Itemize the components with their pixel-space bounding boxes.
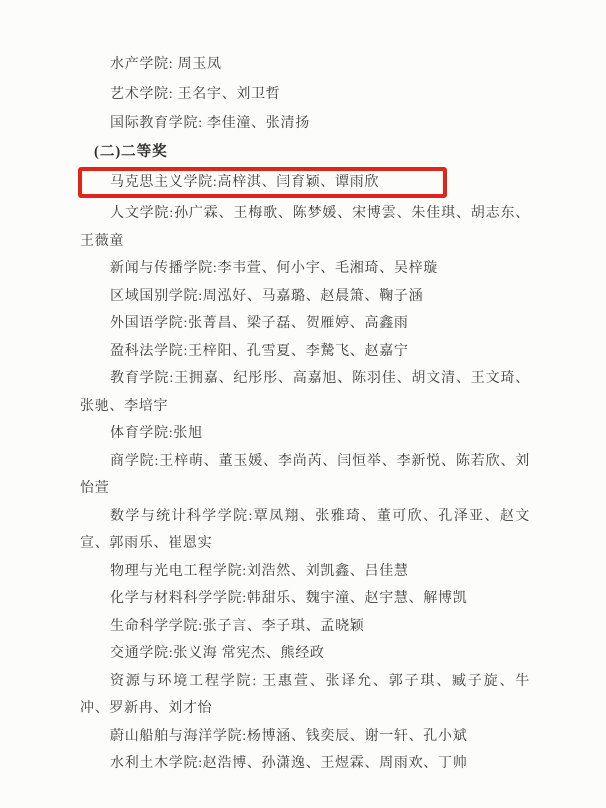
award-line: 艺术学院: 王名宇、刘卫哲: [80, 80, 530, 110]
award-line: 数学与统计科学学院:覃凤翔、张雅琦、董可欣、孔泽亚、赵文宣、郭雨乐、崔恩实: [80, 503, 530, 558]
award-line: 人文学院:孙广霖、王梅歌、陈梦媛、宋博雲、朱佳琪、胡志东、王薇童: [80, 200, 530, 255]
award-line: 资源与环境工程学院: 王惠萱、张译允、郭子琪、臧子旋、牛冲、罗新冉、刘才怡: [80, 668, 530, 723]
award-line: 蔚山船舶与海洋学院:杨博涵、钱奕辰、谢一轩、孔小斌: [80, 723, 530, 751]
award-line: 商学院:王梓萌、董玉媛、李尚芮、闫恒举、李新悦、陈若欣、刘怡萱: [80, 448, 530, 503]
award-line: 区域国别学院:周泓好、马嘉璐、赵晨箫、鞠子涵: [80, 283, 530, 311]
award-line: 水利土木学院:赵浩博、孙潇逸、王煜霖、周雨欢、丁帅: [80, 750, 530, 778]
award-list-top: 水产学院: 周玉凤 艺术学院: 王名宇、刘卫哲 国际教育学院: 李佳潼、张清扬: [80, 50, 530, 139]
award-line: 新闻与传播学院:李韦萱、何小宇、毛湘琦、吴梓璇: [80, 255, 530, 283]
award-line: 盈科法学院:王梓阳、孔雪夏、李騺飞、赵嘉宁: [80, 338, 530, 366]
award-line: 外国语学院:张菁昌、梁子磊、贺雁婷、高鑫雨: [80, 310, 530, 338]
award-line: 物理与光电工程学院:刘浩然、刘凯鑫、吕佳慧: [80, 558, 530, 586]
award-line: 水产学院: 周玉凤: [80, 50, 530, 80]
award-line: 化学与材料科学学院:韩甜乐、魏宇潼、赵宇慧、解博凯: [80, 585, 530, 613]
section-heading-second-prize: (二)二等奖: [80, 139, 530, 165]
award-line: 生命科学学院:张子言、李子琪、孟晓颖: [80, 613, 530, 641]
highlighted-entry-marxism-college: 马克思主义学院:高梓淇、闫育颖、谭雨欣: [78, 167, 447, 199]
award-line: 教育学院:王拥嘉、纪彤彤、高嘉旭、陈羽佳、胡文清、王文琦、张驰、李培宇: [80, 365, 530, 420]
award-list-main: 人文学院:孙广霖、王梅歌、陈梦媛、宋博雲、朱佳琪、胡志东、王薇童 新闻与传播学院…: [80, 200, 530, 778]
document-page: 水产学院: 周玉凤 艺术学院: 王名宇、刘卫哲 国际教育学院: 李佳潼、张清扬 …: [0, 0, 606, 808]
award-line: 交通学院:张义海 常宪杰、熊经政: [80, 640, 530, 668]
award-line: 体育学院:张旭: [80, 420, 530, 448]
award-line: 国际教育学院: 李佳潼、张清扬: [80, 109, 530, 139]
